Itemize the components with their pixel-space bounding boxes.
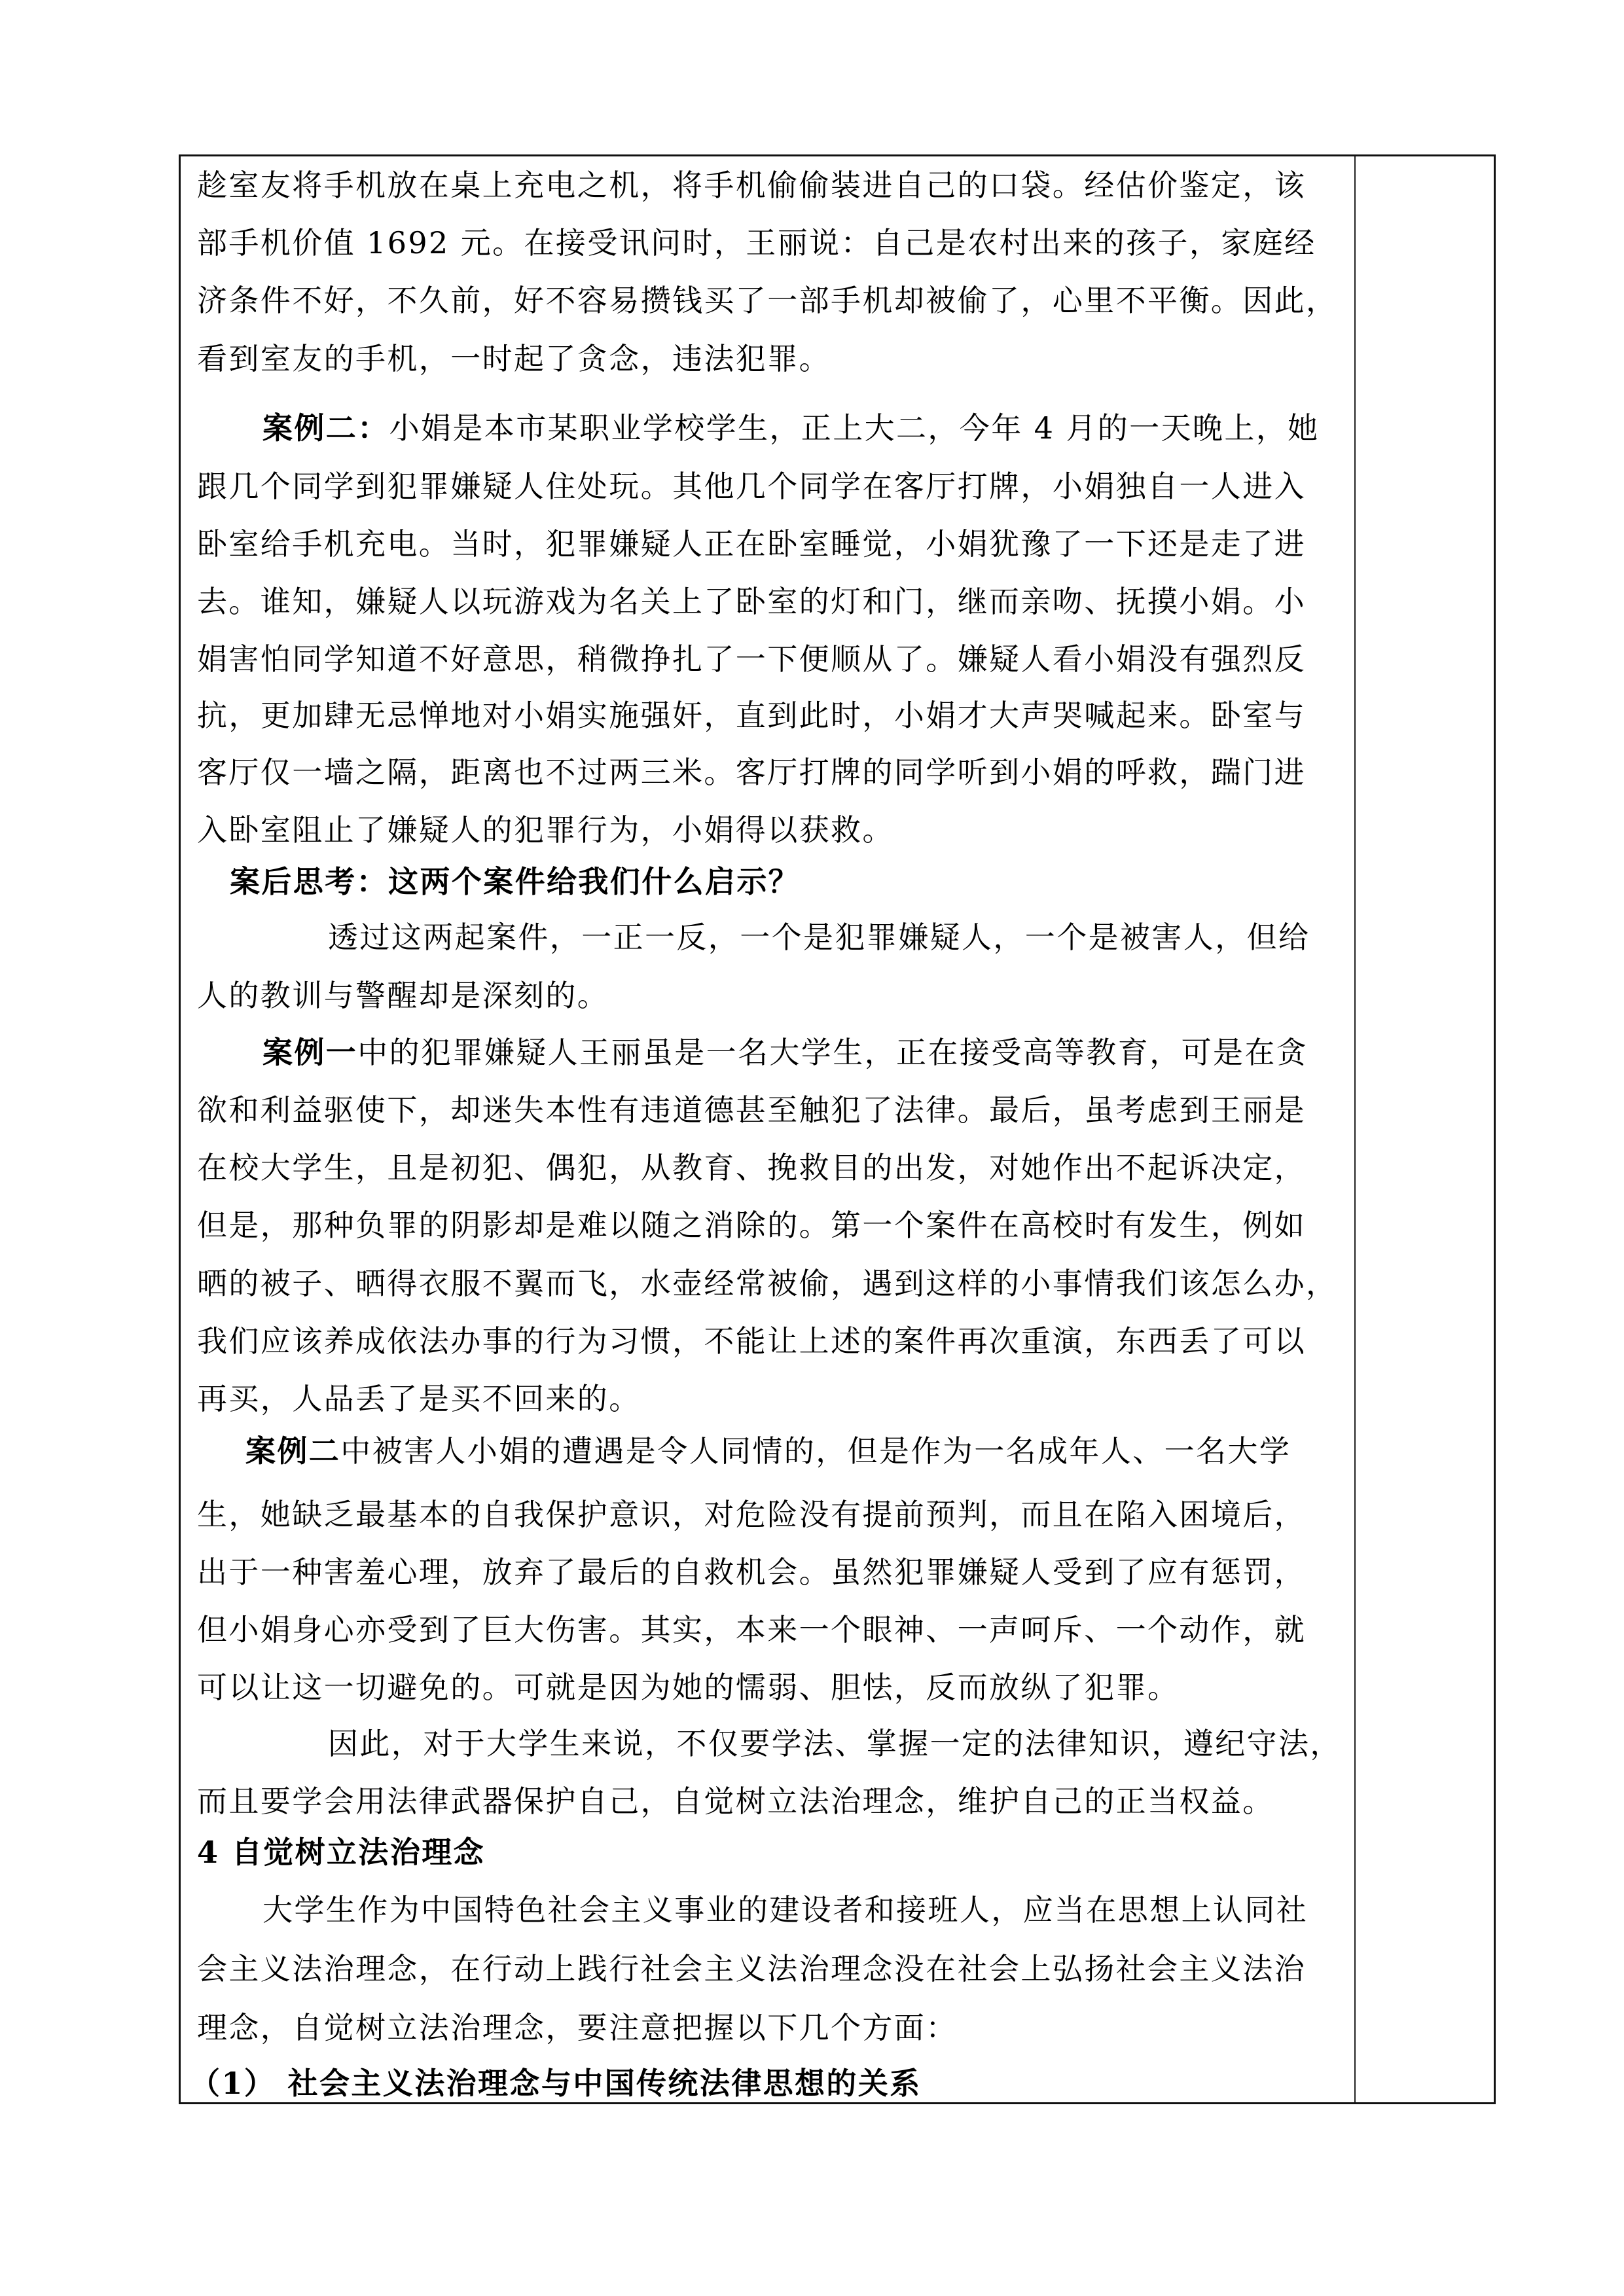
body-line: 在校大学生，且是初犯、偶犯，从教育、挽救目的出发，对她作出不起诉决定，	[197, 1149, 1306, 1186]
body-line: 趁室友将手机放在桌上充电之机，将手机偷偷装进自己的口袋。经估价鉴定，该	[197, 167, 1306, 204]
body-line: 因此，对于大学生来说，不仅要学法、掌握一定的法律知识，遵纪守法，	[328, 1725, 1342, 1762]
body-line: 再买，人品丢了是买不回来的。	[197, 1380, 641, 1417]
body-line: 会主义法治理念，在行动上践行社会主义法治理念没在社会上弘扬社会主义法治	[197, 1950, 1306, 1987]
body-line: 欲和利益驱使下，却迷失本性有违道德甚至触犯了法律。最后，虽考虑到王丽是	[197, 1092, 1306, 1128]
main-text-cell: 趁室友将手机放在桌上充电之机，将手机偷偷装进自己的口袋。经估价鉴定，该 部手机价…	[181, 156, 1354, 2102]
case-label: 案例一	[262, 1035, 357, 1070]
case-two-analysis-start: 案例二中被害人小娟的遭遇是令人同情的，但是作为一名成年人、一名大学	[245, 1433, 1291, 1469]
body-line: 生，她缺乏最基本的自我保护意识，对危险没有提前预判，而且在陷入困境后，	[197, 1496, 1306, 1533]
body-line: 但小娟身心亦受到了巨大伤害。其实，本来一个眼神、一声呵斥、一个动作，就	[197, 1611, 1306, 1648]
body-line: 但是，那种负罪的阴影却是难以随之消除的。第一个案件在高校时有发生，例如	[197, 1207, 1306, 1244]
body-line: 去。谁知，嫌疑人以玩游戏为名关上了卧室的灯和门，继而亲吻、抚摸小娟。小	[197, 583, 1306, 620]
case-label: 案例二	[245, 1433, 340, 1469]
body-line: 而且要学会用法律武器保护自己，自觉树立法治理念，维护自己的正当权益。	[197, 1783, 1274, 1820]
body-line: 部手机价值 1692 元。在接受讯问时，王丽说：自己是农村出来的孩子，家庭经	[197, 224, 1316, 261]
body-line: 客厅仅一墙之隔，距离也不过两三米。客厅打牌的同学听到小娟的呼救，踹门进	[197, 754, 1306, 791]
case-two-paragraph-start: 案例二：小娟是本市某职业学校学生，正上大二，今年 4 月的一天晚上，她	[262, 410, 1320, 446]
body-line: 可以让这一切避免的。可就是因为她的懦弱、胆怯，反而放纵了犯罪。	[197, 1669, 1179, 1706]
body-line: 济条件不好，不久前，好不容易攒钱买了一部手机却被偷了，心里不平衡。因此，	[197, 282, 1337, 319]
reflection-heading: 案后思考：这两个案件给我们什么启示？	[230, 863, 800, 900]
case-label: 案例二：	[262, 410, 389, 446]
body-line: 透过这两起案件，一正一反，一个是犯罪嫌疑人，一个是被害人，但给	[328, 919, 1310, 956]
body-line: 理念，自觉树立法治理念，要注意把握以下几个方面：	[197, 2009, 958, 2046]
body-line: 人的教训与警醒却是深刻的。	[197, 977, 609, 1014]
content-table: 趁室友将手机放在桌上充电之机，将手机偷偷装进自己的口袋。经估价鉴定，该 部手机价…	[179, 154, 1496, 2104]
body-line: 出于一种害羞心理，放弃了最后的自救机会。虽然犯罪嫌疑人受到了应有惩罚，	[197, 1554, 1306, 1590]
body-line: 我们应该养成依法办事的行为习惯，不能让上述的案件再次重演，东西丢了可以	[197, 1323, 1306, 1359]
body-line: 晒的被子、晒得衣服不翼而飞，水壶经常被偷，遇到这样的小事情我们该怎么办，	[197, 1265, 1337, 1302]
case-one-analysis-start: 案例一中的犯罪嫌疑人王丽虽是一名大学生，正在接受高等教育，可是在贪	[262, 1034, 1308, 1071]
body-line: 大学生作为中国特色社会主义事业的建设者和接班人，应当在思想上认同社	[262, 1892, 1308, 1928]
side-notes-cell	[1356, 156, 1494, 2102]
body-line: 入卧室阻止了嫌疑人的犯罪行为，小娟得以获救。	[197, 812, 894, 848]
section-heading: 4 自觉树立法治理念	[197, 1834, 485, 1871]
body-line: 娟害怕同学知道不好意思，稍微挣扎了一下便顺从了。嫌疑人看小娟没有强烈反	[197, 641, 1306, 677]
body-line: 卧室给手机充电。当时，犯罪嫌疑人正在卧室睡觉，小娟犹豫了一下还是走了进	[197, 526, 1306, 562]
subsection-heading: （1） 社会主义法治理念与中国传统法律思想的关系	[190, 2065, 922, 2102]
body-line: 跟几个同学到犯罪嫌疑人住处玩。其他几个同学在客厅打牌，小娟独自一人进入	[197, 468, 1306, 505]
body-line: 看到室友的手机，一时起了贪念，违法犯罪。	[197, 340, 831, 377]
body-line: 抗，更加肆无忌惮地对小娟实施强奸，直到此时，小娟才大声哭喊起来。卧室与	[197, 697, 1306, 734]
